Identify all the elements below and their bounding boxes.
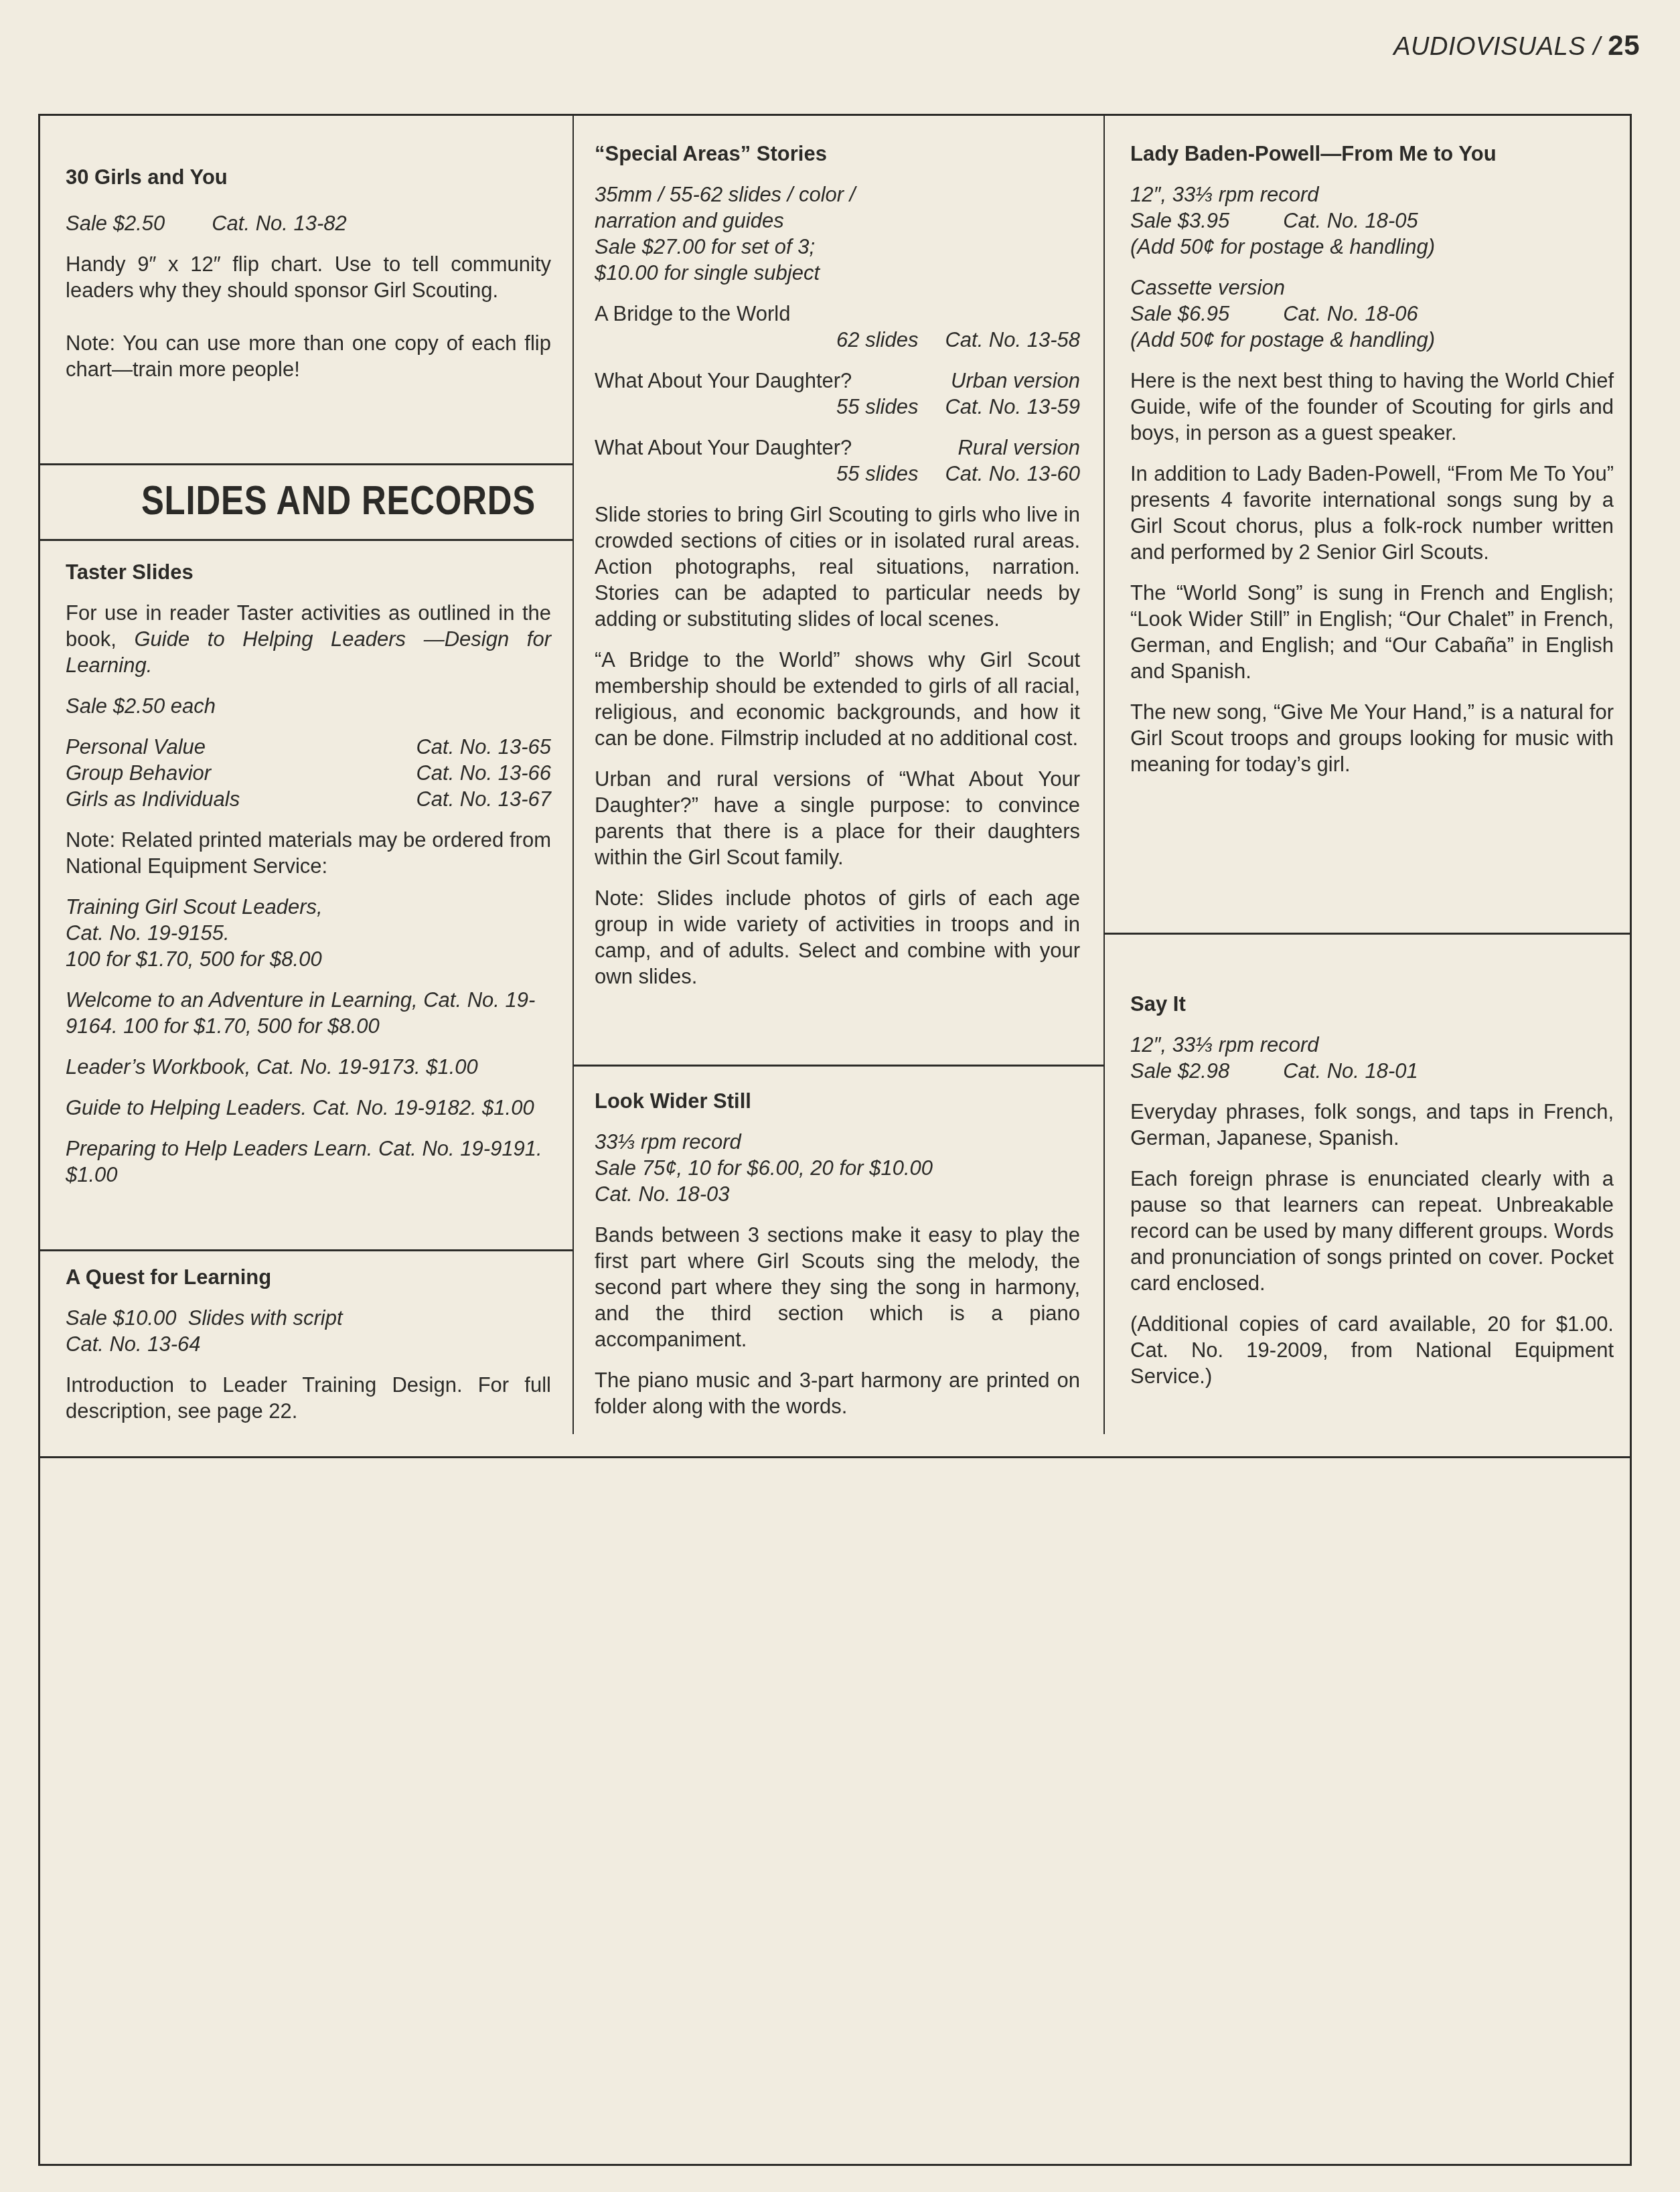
entry-title: Look Wider Still	[595, 1088, 1080, 1114]
rule-above-look-wider	[573, 1065, 1104, 1067]
list-item: Group BehaviorCat. No. 13-66	[66, 760, 551, 786]
price: Sale 75¢, 10 for $6.00, 20 for $10.00	[595, 1156, 933, 1180]
paragraph: The piano music and 3-part harmony are p…	[595, 1367, 1080, 1419]
postage-note: (Add 50¢ for postage & handling)	[1130, 235, 1435, 258]
catalog-number: Cat. No. 18-06	[1283, 302, 1418, 325]
price-line: Sale $10.00 Slides with scriptCat. No. 1…	[66, 1305, 551, 1357]
column-rule-2	[1103, 115, 1105, 1434]
price: Sale $2.50	[66, 212, 165, 235]
entry-look-wider-still: Look Wider Still 33⅓ rpm record Sale 75¢…	[595, 1088, 1080, 1434]
material-item: Welcome to an Adventure in Learning, Cat…	[66, 987, 551, 1039]
paragraph: Bands between 3 sections make it easy to…	[595, 1222, 1080, 1352]
record-specs: 12″, 33⅓ rpm record Sale $2.98Cat. No. 1…	[1130, 1032, 1614, 1084]
list-item: Girls as IndividualsCat. No. 13-67	[66, 786, 551, 812]
book-title: Guide to Helping Leaders —Design for Lea…	[66, 627, 551, 677]
entry-title: 30 Girls and You	[66, 164, 551, 190]
catalog-number: Cat. No. 18-01	[1283, 1059, 1418, 1083]
entry-lady-baden-powell: Lady Baden-Powell—From Me to You 12″, 33…	[1130, 141, 1614, 792]
entry-say-it: Say It 12″, 33⅓ rpm record Sale $2.98Cat…	[1130, 991, 1614, 1404]
rule-above-say-it	[1104, 933, 1630, 935]
price: Sale $6.95	[1130, 302, 1229, 325]
rule-bottom-grid	[40, 1456, 1630, 1458]
entry-title: “Special Areas” Stories	[595, 141, 1080, 167]
paragraph: The new song, “Give Me Your Hand,” is a …	[1130, 699, 1614, 777]
page-number: 25	[1608, 29, 1640, 61]
story-item: A Bridge to the World 62 slidesCat. No. …	[595, 301, 1080, 353]
description: For use in reader Taster activities as o…	[66, 600, 551, 678]
column-rule-1	[572, 115, 574, 1434]
catalog-number: Cat. No. 18-05	[1283, 209, 1418, 232]
taster-list: Personal ValueCat. No. 13-65 Group Behav…	[66, 734, 551, 812]
entry-taster-slides: Taster Slides For use in reader Taster a…	[66, 559, 551, 1202]
entry-title: Taster Slides	[66, 559, 551, 585]
story-item: What About Your Daughter?Urban version 5…	[595, 368, 1080, 420]
note: Note: You can use more than one copy of …	[66, 330, 551, 382]
postage-note: (Add 50¢ for postage & handling)	[1130, 328, 1435, 351]
rule-above-quest	[40, 1249, 573, 1251]
paragraph: “A Bridge to the World” shows why Girl S…	[595, 647, 1080, 751]
material-item: Training Girl Scout Leaders, Cat. No. 19…	[66, 894, 551, 972]
record-specs: 12″, 33⅓ rpm record Sale $3.95Cat. No. 1…	[1130, 181, 1614, 260]
catalog-number: Cat. No. 13-82	[212, 212, 347, 235]
paragraph: Slide stories to bring Girl Scouting to …	[595, 501, 1080, 632]
section-heading: SLIDES AND RECORDS	[129, 477, 536, 524]
cassette-specs: Cassette version Sale $6.95Cat. No. 18-0…	[1130, 275, 1614, 353]
paragraph: In addition to Lady Baden-Powell, “From …	[1130, 461, 1614, 565]
rule-below-heading	[40, 539, 573, 541]
paragraph: Each foreign phrase is enunciated clearl…	[1130, 1166, 1614, 1296]
material-item: Guide to Helping Leaders. Cat. No. 19-91…	[66, 1095, 551, 1121]
paragraph: (Additional copies of card available, 20…	[1130, 1311, 1614, 1389]
paragraph: Here is the next best thing to having th…	[1130, 368, 1614, 446]
catalog-number: Cat. No. 18-03	[595, 1182, 730, 1206]
specs: 35mm / 55-62 slides / color / narration …	[595, 181, 1080, 286]
material-item: Preparing to Help Leaders Learn. Cat. No…	[66, 1136, 551, 1188]
price: Sale $2.98	[1130, 1059, 1229, 1083]
catalog-number: Cat. No. 13-64	[66, 1332, 201, 1356]
description: Handy 9″ x 12″ flip chart. Use to tell c…	[66, 251, 551, 303]
list-item: Personal ValueCat. No. 13-65	[66, 734, 551, 760]
price-line: Sale $2.50Cat. No. 13-82	[66, 210, 551, 236]
specs: 33⅓ rpm record Sale 75¢, 10 for $6.00, 2…	[595, 1129, 1080, 1207]
story-item: What About Your Daughter?Rural version 5…	[595, 435, 1080, 487]
entry-title: Lady Baden-Powell—From Me to You	[1130, 141, 1614, 167]
paragraph: Everyday phrases, folk songs, and taps i…	[1130, 1099, 1614, 1151]
paragraph: Urban and rural versions of “What About …	[595, 766, 1080, 870]
note: Note: Slides include photos of girls of …	[595, 885, 1080, 990]
price: Sale $2.50 each	[66, 693, 551, 719]
description: Introduction to Leader Training Design. …	[66, 1372, 551, 1424]
entry-special-areas-stories: “Special Areas” Stories 35mm / 55-62 sli…	[595, 141, 1080, 1004]
price: Sale $3.95	[1130, 209, 1229, 232]
entry-quest-for-learning: A Quest for Learning Sale $10.00 Slides …	[66, 1264, 551, 1439]
running-head-section: AUDIOVISUALS /	[1393, 33, 1600, 61]
rule-above-heading	[40, 463, 573, 465]
paragraph: The “World Song” is sung in French and E…	[1130, 580, 1614, 684]
entry-title: A Quest for Learning	[66, 1264, 551, 1290]
entry-title: Say It	[1130, 991, 1614, 1017]
running-head: AUDIOVISUALS / 25	[1393, 29, 1640, 62]
note: Note: Related printed materials may be o…	[66, 827, 551, 879]
entry-30-girls-and-you: 30 Girls and You Sale $2.50Cat. No. 13-8…	[66, 164, 551, 397]
material-item: Leader’s Workbook, Cat. No. 19-9173. $1.…	[66, 1054, 551, 1080]
